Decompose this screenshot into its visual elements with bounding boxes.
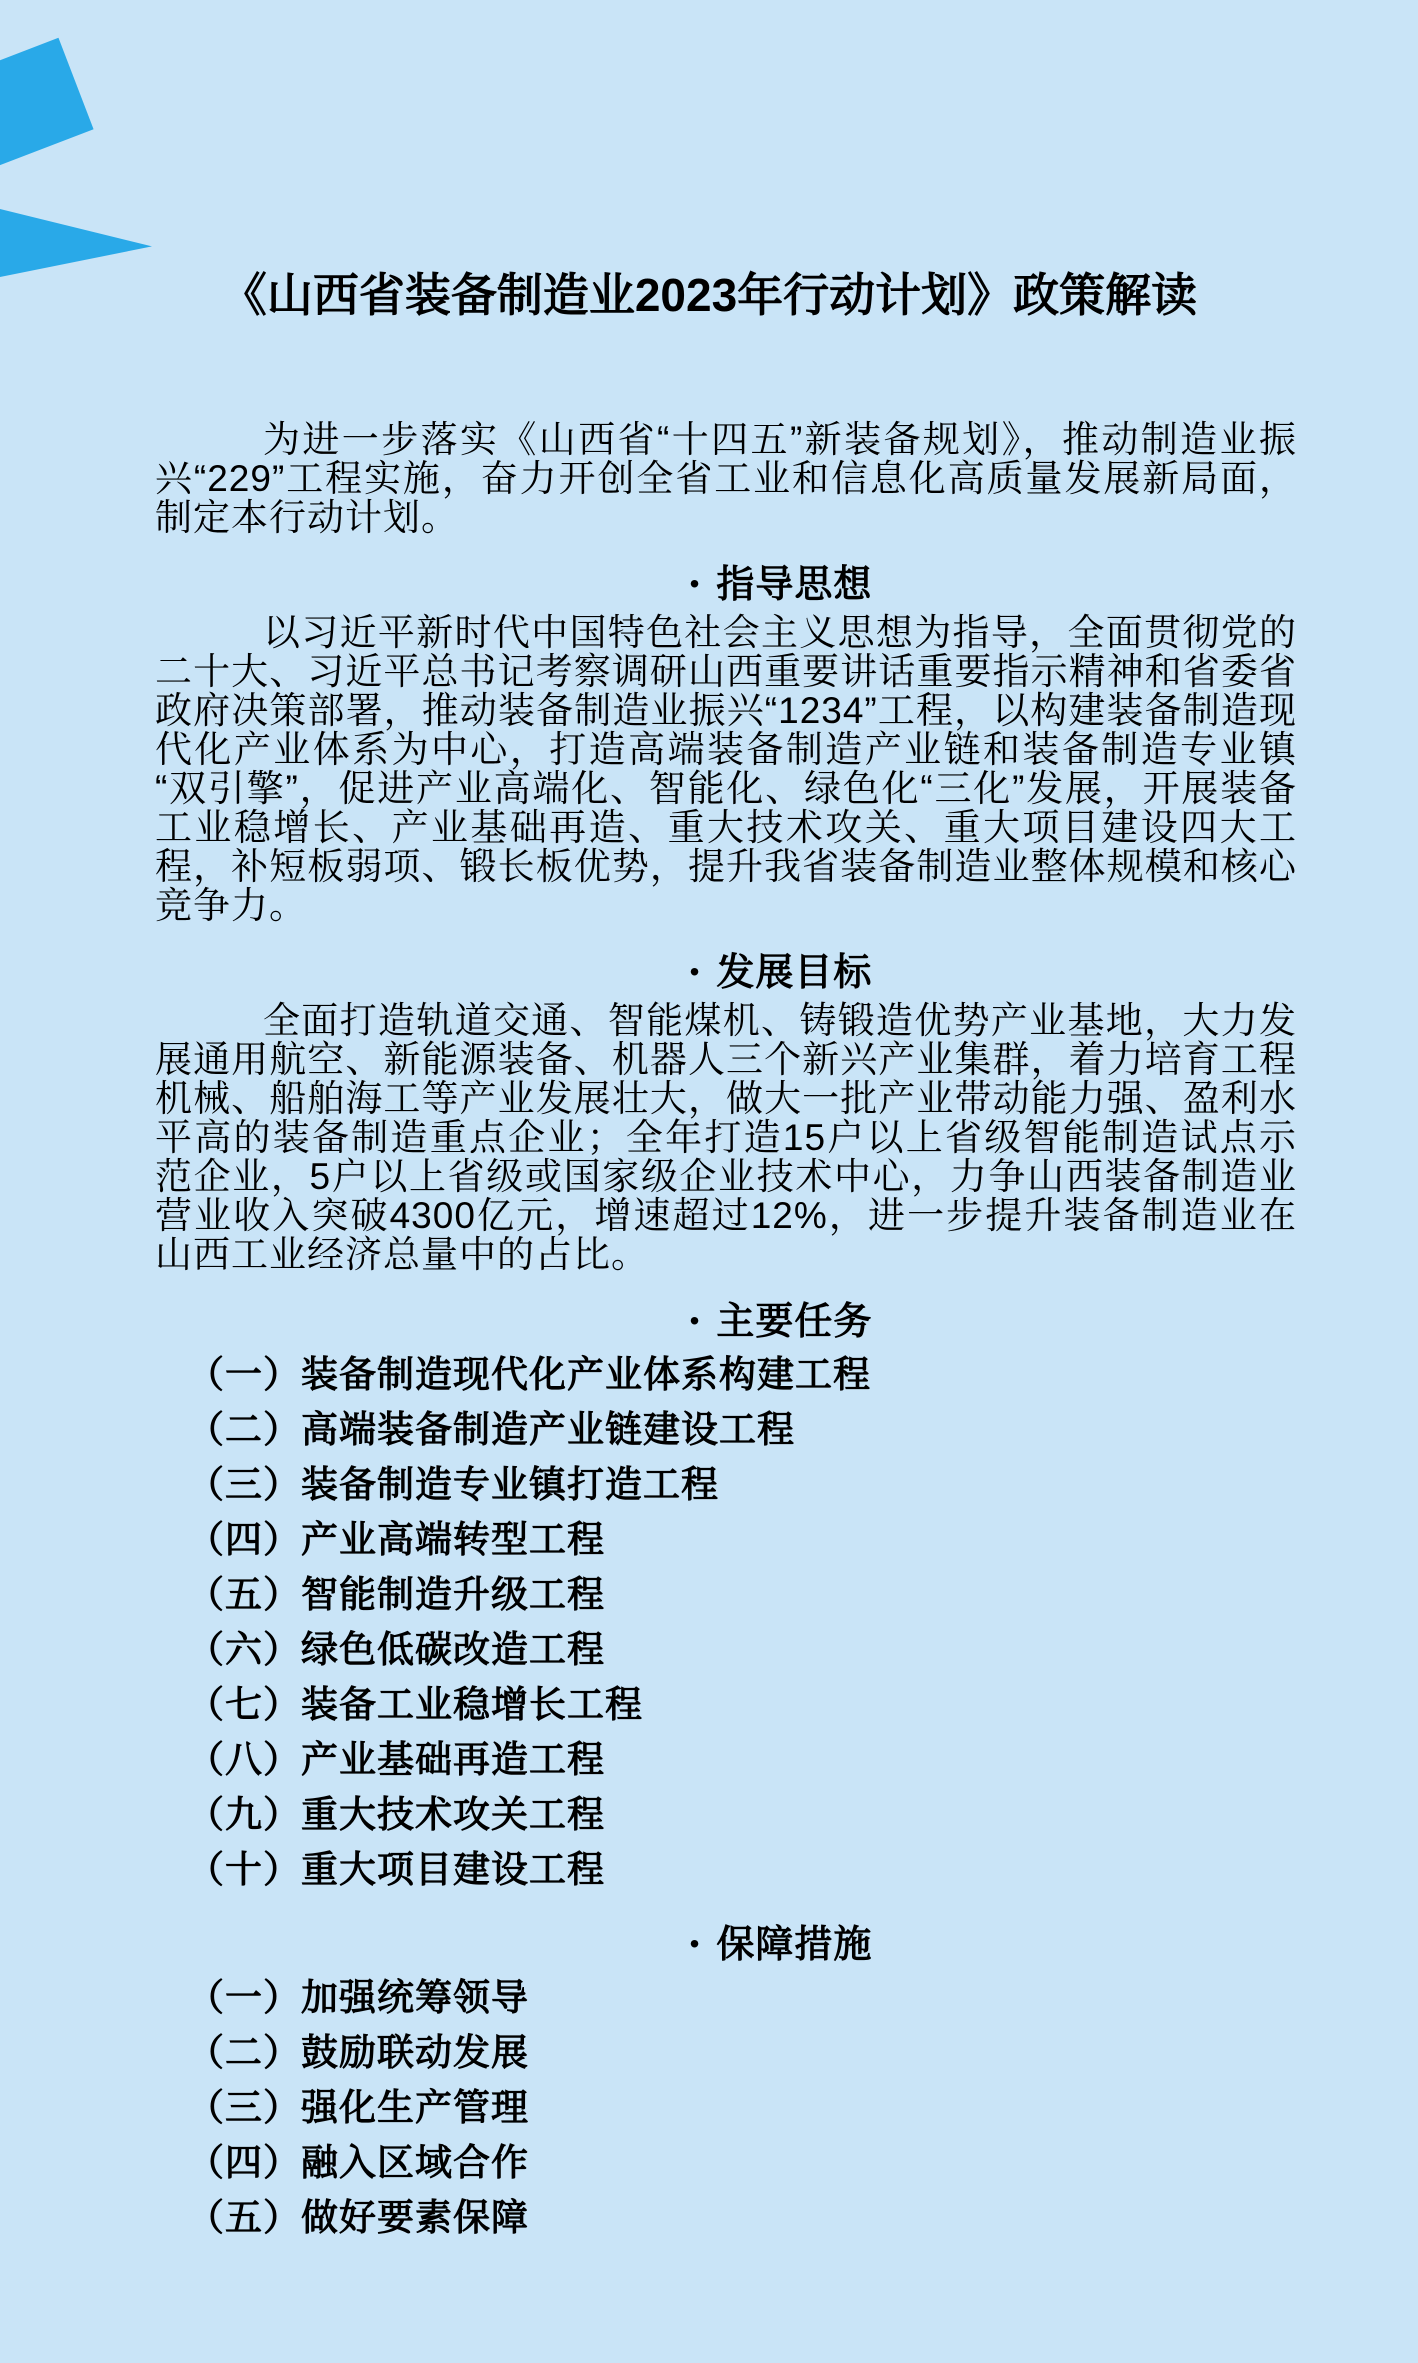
list-item: （七）装备工业稳增长工程 <box>187 1677 1297 1732</box>
list-item: （六）绿色低碳改造工程 <box>187 1622 1297 1677</box>
section-heading-label: 主要任务 <box>716 1301 872 1343</box>
list-item: （三）强化生产管理 <box>187 2080 1297 2135</box>
document-body: 为进一步落实《山西省“十四五”新装备规划》，推动制造业振兴“229”工程实施，奋… <box>0 420 1418 2245</box>
guiding-ideology-paragraph: 以习近平新时代中国特色社会主义思想为指导，全面贯彻党的二十大、习近平总书记考察调… <box>155 613 1297 925</box>
list-item: （四）融入区域合作 <box>187 2135 1297 2190</box>
section-heading-label: 保障措施 <box>716 1924 872 1966</box>
page: 《山西省装备制造业2023年行动计划》政策解读 为进一步落实《山西省“十四五”新… <box>0 0 1418 2363</box>
bullet-icon: • <box>635 951 701 993</box>
list-item: （四）产业高端转型工程 <box>187 1512 1297 1567</box>
bullet-icon: • <box>635 1300 701 1342</box>
bullet-icon: • <box>635 563 701 605</box>
section-heading-development-goals: •发展目标 <box>155 951 1297 994</box>
section-heading-main-tasks: •主要任务 <box>155 1300 1297 1343</box>
list-item: （五）智能制造升级工程 <box>187 1567 1297 1622</box>
main-tasks-list: （一）装备制造现代化产业体系构建工程 （二）高端装备制造产业链建设工程 （三）装… <box>187 1347 1297 1897</box>
page-title: 《山西省装备制造业2023年行动计划》政策解读 <box>0 0 1418 320</box>
list-item: （二）高端装备制造产业链建设工程 <box>187 1402 1297 1457</box>
development-goals-paragraph: 全面打造轨道交通、智能煤机、铸锻造优势产业基地，大力发展通用航空、新能源装备、机… <box>155 1001 1297 1274</box>
list-item: （五）做好要素保障 <box>187 2190 1297 2245</box>
intro-paragraph: 为进一步落实《山西省“十四五”新装备规划》，推动制造业振兴“229”工程实施，奋… <box>155 420 1297 537</box>
list-item: （三）装备制造专业镇打造工程 <box>187 1457 1297 1512</box>
list-item: （一）加强统筹领导 <box>187 1970 1297 2025</box>
list-item: （八）产业基础再造工程 <box>187 1732 1297 1787</box>
bullet-icon: • <box>635 1923 701 1965</box>
section-heading-label: 指导思想 <box>716 564 872 606</box>
list-item: （二）鼓励联动发展 <box>187 2025 1297 2080</box>
list-item: （一）装备制造现代化产业体系构建工程 <box>187 1347 1297 1402</box>
safeguard-measures-list: （一）加强统筹领导 （二）鼓励联动发展 （三）强化生产管理 （四）融入区域合作 … <box>187 1970 1297 2245</box>
section-heading-safeguard-measures: •保障措施 <box>155 1923 1297 1966</box>
list-item: （九）重大技术攻关工程 <box>187 1787 1297 1842</box>
section-heading-guiding-ideology: •指导思想 <box>155 563 1297 606</box>
list-item: （十）重大项目建设工程 <box>187 1842 1297 1897</box>
section-heading-label: 发展目标 <box>716 952 872 994</box>
